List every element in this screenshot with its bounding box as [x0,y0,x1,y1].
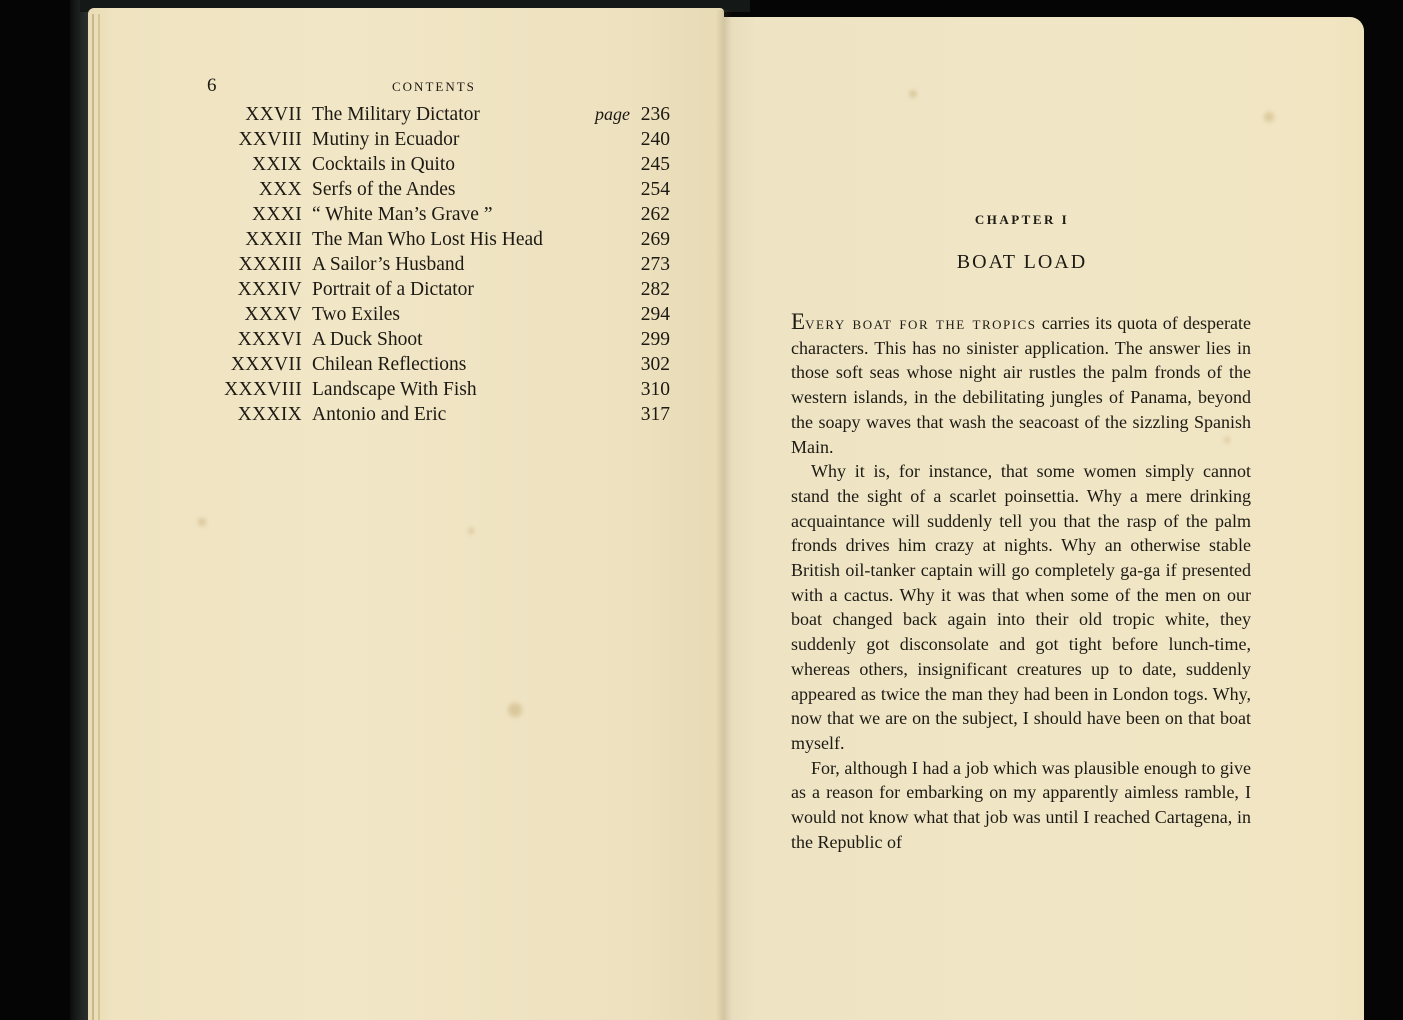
chapter-title: A Sailor’s Husband [312,252,636,277]
toc-entry: XXIX Cocktails in Quito 245 [200,152,670,177]
chapter-title: Antonio and Eric [312,402,636,427]
foxing-spot [468,528,474,534]
chapter-page: 302 [636,352,670,377]
chapter-number: XXX [200,177,312,202]
foxing-spot [1264,112,1274,122]
chapter-number: XXXI [200,202,312,227]
paragraph-text: carries its quota of desperate character… [791,313,1251,457]
toc-entry: XXX Serfs of the Andes 254 [200,177,670,202]
running-head: CONTENTS [392,79,476,95]
book-gutter [716,10,732,1020]
page-number: 6 [207,75,217,97]
toc-entry: XXXII The Man Who Lost His Head 269 [200,227,670,252]
chapter-number: XXXV [200,302,312,327]
toc-entry: XXVIII Mutiny in Ecuador 240 [200,127,670,152]
chapter-number: XXVII [200,102,312,127]
chapter-title: “ White Man’s Grave ” [312,202,636,227]
chapter-number: XXXVII [200,352,312,377]
toc-entry: XXXIV Portrait of a Dictator 282 [200,277,670,302]
toc-entry: XXXV Two Exiles 294 [200,302,670,327]
chapter-title: Chilean Reflections [312,352,636,377]
toc-entry: XXXVII Chilean Reflections 302 [200,352,670,377]
chapter-title: Two Exiles [312,302,636,327]
chapter-title: Cocktails in Quito [312,152,636,177]
chapter-label: CHAPTER I [780,212,1264,228]
chapter-title: Serfs of the Andes [312,177,636,202]
chapter-page: 254 [636,177,670,202]
chapter-page: 299 [636,327,670,352]
toc-entry: XXXIX Antonio and Eric 317 [200,402,670,427]
toc-entry: XXXI “ White Man’s Grave ” 262 [200,202,670,227]
chapter-title: The Military Dictator [312,102,595,127]
chapter-page: 294 [636,302,670,327]
chapter-number: XXXIX [200,402,312,427]
paragraph: For, although I had a job which was plau… [791,756,1251,855]
chapter-title: Portrait of a Dictator [312,277,636,302]
toc-entry: XXXVIII Landscape With Fish 310 [200,377,670,402]
chapter-number: XXXIV [200,277,312,302]
foxing-spot [909,90,917,98]
toc-entry: XXXIII A Sailor’s Husband 273 [200,252,670,277]
chapter-number: XXIX [200,152,312,177]
paragraph: Every boat for the tropics carries its q… [791,310,1251,459]
chapter-page: 269 [636,227,670,252]
table-of-contents: XXVII The Military Dictator page 236 XXV… [200,102,670,427]
drop-cap: E [791,309,805,334]
paragraph: Why it is, for instance, that some women… [791,459,1251,755]
opening-smallcaps: very boat for the tropics [805,313,1036,333]
page-label: page [595,102,630,127]
page-edge [92,14,94,1020]
chapter-number: XXXVIII [200,377,312,402]
chapter-number: XXXII [200,227,312,252]
chapter-title: Mutiny in Ecuador [312,127,636,152]
chapter-number: XXVIII [200,127,312,152]
chapter-heading: BOAT LOAD [780,251,1264,274]
chapter-page: 273 [636,252,670,277]
toc-entry: XXVII The Military Dictator page 236 [200,102,670,127]
chapter-page: 240 [636,127,670,152]
chapter-title: The Man Who Lost His Head [312,227,636,252]
foxing-spot [198,518,206,526]
chapter-number: XXXVI [200,327,312,352]
chapter-page: 245 [636,152,670,177]
chapter-title: A Duck Shoot [312,327,636,352]
chapter-page: 317 [636,402,670,427]
chapter-body: Every boat for the tropics carries its q… [791,310,1251,854]
chapter-number: XXXIII [200,252,312,277]
toc-entry: XXXVI A Duck Shoot 299 [200,327,670,352]
chapter-page: 236 [636,102,670,127]
chapter-title: Landscape With Fish [312,377,636,402]
page-edge [98,14,100,1020]
chapter-page: 282 [636,277,670,302]
chapter-page: 262 [636,202,670,227]
chapter-page: 310 [636,377,670,402]
foxing-spot [508,703,522,717]
